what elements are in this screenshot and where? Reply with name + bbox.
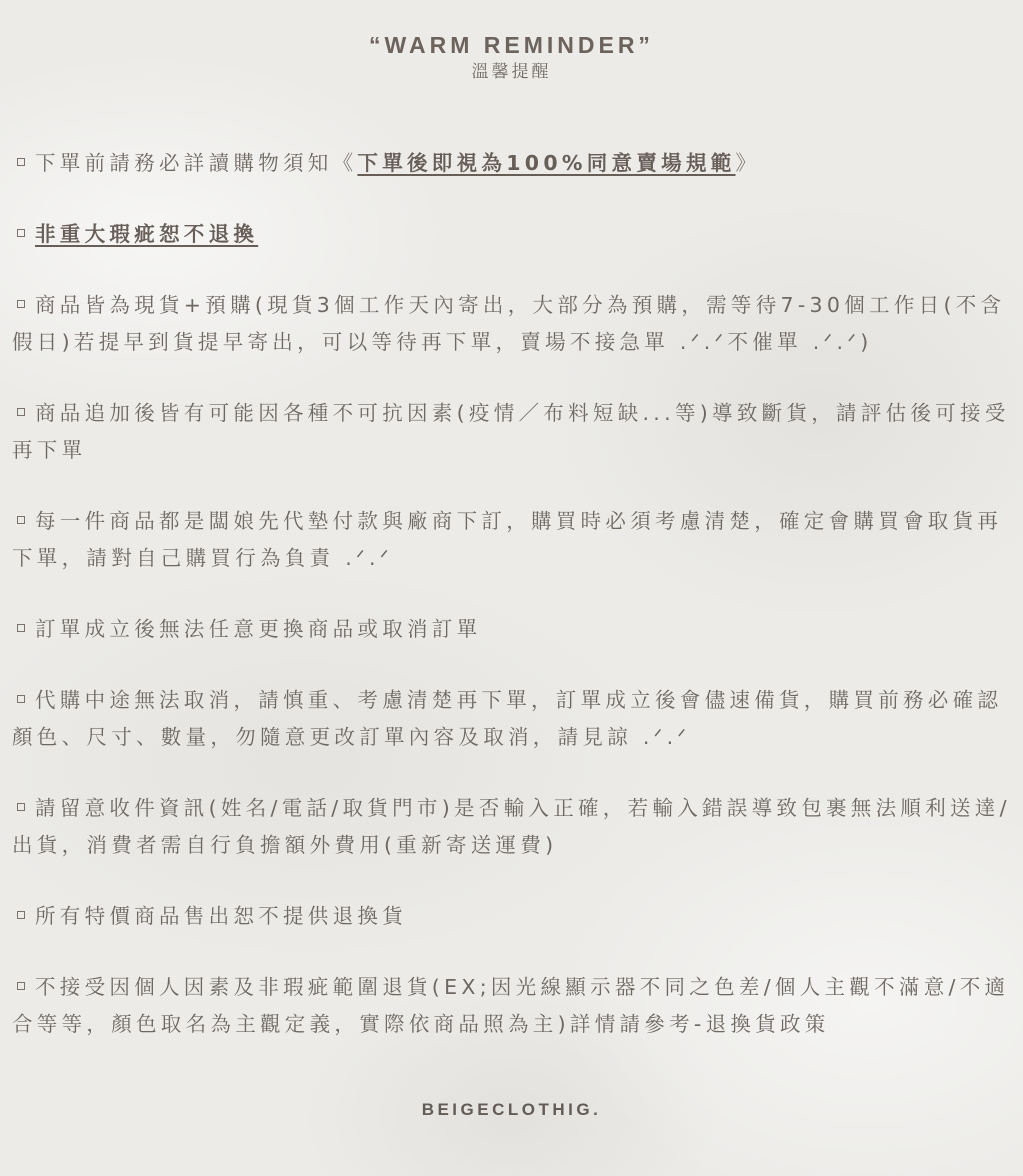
reminder-text: 訂單成立後無法任意更換商品或取消訂單	[35, 617, 481, 641]
reminder-text: 代購中途無法取消，請慎重、考慮清楚再下單，訂單成立後會儘速備貨，購買前務必確認顏…	[12, 688, 1002, 749]
square-bullet-icon	[17, 911, 25, 919]
title-english: “WARM REMINDER”	[0, 30, 1023, 60]
square-bullet-icon	[17, 624, 25, 632]
reminder-text: 商品皆為現貨+預購(現貨3個工作天內寄出，大部分為預購，需等待7-30個工作日(…	[12, 293, 1005, 354]
reminder-item-no-cancel: 訂單成立後無法任意更換商品或取消訂單	[12, 611, 1015, 648]
brand-footer: BEIGECLOTHIG.	[0, 1100, 1023, 1120]
square-bullet-icon	[17, 300, 25, 308]
reminder-text-suffix: 》	[736, 151, 761, 175]
terms-agreement-link[interactable]: 下單後即視為100%同意賣場規範	[357, 151, 735, 175]
reminder-text: 請留意收件資訊(姓名/電話/取貨門市)是否輸入正確，若輸入錯誤導致包裹無法順利送…	[12, 796, 1011, 857]
reminder-item-stock-shortage: 商品追加後皆有可能因各種不可抗因素(疫情／布料短缺...等)導致斷貨，請評估後可…	[12, 395, 1015, 469]
reminder-text: 商品追加後皆有可能因各種不可抗因素(疫情／布料短缺...等)導致斷貨，請評估後可…	[12, 401, 1010, 462]
square-bullet-icon	[17, 229, 25, 237]
reminder-text: 每一件商品都是闆娘先代墊付款與廠商下訂，購買時必須考慮清楚，確定會購買會取貨再下…	[12, 509, 1002, 570]
square-bullet-icon	[17, 408, 25, 416]
title-chinese: 溫馨提醒	[0, 60, 1023, 84]
reminder-item-proxy-purchase: 代購中途無法取消，請慎重、考慮清楚再下單，訂單成立後會儘速備貨，購買前務必確認顏…	[12, 682, 1015, 756]
reminder-item-no-return: 非重大瑕疵恕不退換	[12, 216, 1015, 253]
square-bullet-icon	[17, 982, 25, 990]
reminder-item-read-terms: 下單前請務必詳讀購物須知《下單後即視為100%同意賣場規範》	[12, 145, 1015, 182]
square-bullet-icon	[17, 803, 25, 811]
reminder-item-shipping-info: 請留意收件資訊(姓名/電話/取貨門市)是否輸入正確，若輸入錯誤導致包裹無法順利送…	[12, 790, 1015, 864]
reminder-text: 所有特價商品售出恕不提供退換貨	[35, 904, 407, 928]
square-bullet-icon	[17, 695, 25, 703]
square-bullet-icon	[17, 158, 25, 166]
no-return-policy-link[interactable]: 非重大瑕疵恕不退換	[35, 222, 258, 246]
reminder-list: 下單前請務必詳讀購物須知《下單後即視為100%同意賣場規範》 非重大瑕疵恕不退換…	[12, 145, 1015, 1043]
reminder-item-preorder: 商品皆為現貨+預購(現貨3個工作天內寄出，大部分為預購，需等待7-30個工作日(…	[12, 287, 1015, 361]
reminder-item-advance-payment: 每一件商品都是闆娘先代墊付款與廠商下訂，購買時必須考慮清楚，確定會購買會取貨再下…	[12, 503, 1015, 577]
reminder-item-sale-items: 所有特價商品售出恕不提供退換貨	[12, 898, 1015, 935]
reminder-text: 下單前請務必詳讀購物須知《	[35, 151, 357, 175]
square-bullet-icon	[17, 516, 25, 524]
reminder-text: 不接受因個人因素及非瑕疵範圍退貨(EX;因光線顯示器不同之色差/個人主觀不滿意/…	[12, 975, 1009, 1036]
reminder-item-return-policy: 不接受因個人因素及非瑕疵範圍退貨(EX;因光線顯示器不同之色差/個人主觀不滿意/…	[12, 969, 1015, 1043]
header: “WARM REMINDER” 溫馨提醒	[0, 30, 1023, 84]
